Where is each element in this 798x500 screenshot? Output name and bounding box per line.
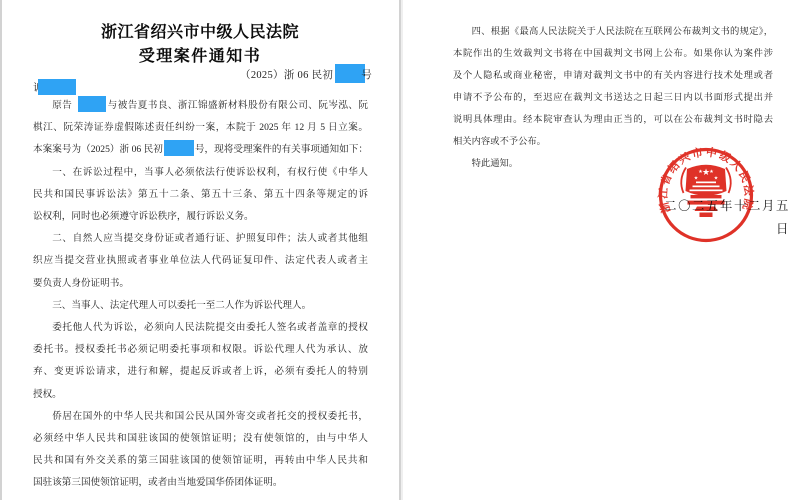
text-line: 国驻该第三国使领馆证明，或者由当地爱国华侨团体证明。 [33,472,368,494]
text-run: 本院作出的生效裁判文书将在中国裁判文书网上公布。如果你认为案件涉 [453,49,773,59]
redaction-box [78,96,106,112]
text-line: 棋江、阮荣涛证券虚假陈述责任纠纷一案，本院于 2025 年 12 月 5 日立案… [33,117,368,139]
text-run: 委托书。授权委托书必须记明委托事项和权限。诉讼代理人代为承认、放 [33,344,368,355]
text-line: 织应当提交营业执照或者事业单位法人代码证复印件、法定代表人或者主 [33,250,368,272]
wheat-ear-right [726,168,731,194]
text-line: 授权。 [33,384,368,406]
text-run: 委托他人代为诉讼，必须向人民法院提交由委托人签名或者盖章的授权 [52,322,368,333]
gate-base [691,195,722,198]
text-run: 织应当提交营业执照或者事业单位法人代码证复印件、法定代表人或者主 [33,255,368,266]
text-line: 弃、变更诉讼请求，进行和解，提起反诉或者上诉，必须有委托人的特别 [33,361,368,383]
text-line: 民共和国民事诉讼法》第五十二条、第五十三条、第五十四条等规定的诉 [33,184,368,206]
small-star-icon: ★ [694,176,699,182]
small-star-icon: ★ [709,169,714,175]
text-line: 民共和国有外交关系的第三国驻该国的使领馆证明，再转由中华人民共和 [33,450,368,472]
text-run: 特此通知。 [472,159,519,169]
text-run: 讼权利，同时也必须遵守诉讼秩序，履行诉讼义务。 [33,211,254,222]
text-run: 原告 [52,100,72,111]
case-number-suffix: 号 [361,70,372,81]
text-run: 三、当事人、法定代理人可以委托一至二人作为诉讼代理人。 [52,300,311,311]
text-line: 委托他人代为诉讼，必须向人民法院提交由委托人签名或者盖章的授权 [33,317,368,339]
gate-roof-line [693,186,720,188]
text-run: 侨居在国外的中华人民共和国公民从国外寄交或者托交的授权委托书， [52,411,368,422]
text-line: 本案案号为（2025）浙 06 民初号，现将受理案件的有关事项通知如下： [33,139,368,161]
text-run: 说明具体理由。经本院审查认为理由正当的，可以在公布裁判文书时隐去 [453,115,773,125]
text-line: 三、当事人、法定代理人可以委托一至二人作为诉讼代理人。 [33,295,368,317]
text-run: 一、在诉讼过程中，当事人必须依法行使诉讼权利，有权行使《中华人 [52,167,368,178]
text-run: 与被告夏书良、浙江锦盛新材料股份有限公司、阮岑泓、阮 [107,100,368,111]
gear-icon [695,207,718,212]
text-run: 民共和国民事诉讼法》第五十二条、第五十三条、第五十四条等规定的诉 [33,189,368,200]
text-run: 授权。 [33,389,62,400]
text-run: 申请不予公布的，至迟应在裁判文书送达之日起三日内以书面形式提出并 [453,93,773,103]
text-line: 讼权利，同时也必须遵守诉讼秩序，履行诉讼义务。 [33,206,368,228]
gate-roof-line [696,182,716,184]
gate-roof-line [690,190,723,192]
text-line: 二、自然人应当提交身份证或者通行证、护照复印件；法人或者其他组 [33,228,368,250]
text-run: 民共和国有外交关系的第三国驻该国的使领馆证明，再转由中华人民共和 [33,455,368,466]
text-line: 侨居在国外的中华人民共和国公民从国外寄交或者托交的授权委托书， [33,406,368,428]
text-line: 原告石与被告夏书良、浙江锦盛新材料股份有限公司、阮岑泓、阮 [33,95,368,117]
right-page: 四、根据《最高人民法院关于人民法院在互联网公布裁判文书的规定》，本院作出的生效裁… [400,0,798,500]
wheat-ear-left [681,168,686,194]
text-line: 四、根据《最高人民法院关于人民法院在互联网公布裁判文书的规定》， [453,21,773,43]
text-line: 及个人隐私或商业秘密，申请对裁判文书中的有关内容进行技术处理或者 [453,65,773,87]
text-run: 及个人隐私或商业秘密，申请对裁判文书中的有关内容进行技术处理或者 [453,71,773,81]
text-run: 棋江、阮荣涛证券虚假陈述责任纠纷一案，本院于 2025 年 12 月 5 日立案… [33,122,368,133]
case-number-prefix: （2025）浙 06 民初 [240,70,333,81]
text-line: 必须经中华人民共和国驻该国的使领馆证明；没有使领馆的，由与中华人 [33,428,368,450]
national-emblem-icon: ★ ★ ★ ★ ★ [681,165,730,217]
court-name-title: 浙江省绍兴市中级人民法院 [0,19,400,42]
small-star-icon: ★ [714,176,719,182]
court-seal: 浙江省绍兴市中级人民法院 ★ ★ ★ ★ ★ [656,145,756,245]
small-star-icon: ★ [698,169,703,175]
text-run: 四、根据《最高人民法院关于人民法院在互联网公布裁判文书的规定》， [472,27,773,37]
document-scan: 浙江省绍兴市中级人民法院 受理案件通知书 （2025）浙 06 民初号 诉 原告… [0,0,798,500]
text-line: 本院作出的生效裁判文书将在中国裁判文书网上公布。如果你认为案件涉 [453,43,773,65]
text-line: 委托书。授权委托书必须记明委托事项和权限。诉讼代理人代为承认、放 [33,339,368,361]
partially-redacted-char: 石 [72,98,77,110]
text-run: 二、自然人应当提交身份证或者通行证、护照复印件；法人或者其他组 [52,233,368,244]
margin-note-redaction [38,79,76,95]
text-line: 说明具体理由。经本院审查认为理由正当的，可以在公布裁判文书时隐去 [453,109,773,131]
text-run: 国驻该第三国使领馆证明，或者由当地爱国华侨团体证明。 [33,477,282,488]
text-run: 弃、变更诉讼请求，进行和解，提起反诉或者上诉，必须有委托人的特别 [33,366,368,377]
text-line: 要负责人身份证明书。 [33,273,368,295]
text-line: 申请不予公布的，至迟应在裁判文书送达之日起三日内以书面形式提出并 [453,87,773,109]
text-run: 必须经中华人民共和国驻该国的使领馆证明；没有使领馆的，由与中华人 [33,433,368,444]
text-run: 相关内容或不予公布。 [453,137,546,147]
margin-note: 诉 [33,79,76,96]
left-page-body-text: 原告石与被告夏书良、浙江锦盛新材料股份有限公司、阮岑泓、阮棋江、阮荣涛证券虚假陈… [33,95,368,495]
notice-title: 受理案件通知书 [0,43,400,66]
gear-hub [700,213,713,218]
redaction-box [164,140,194,156]
gate-base [688,201,725,205]
text-run: 本案案号为（2025）浙 06 民初 [33,144,163,155]
text-run: 要负责人身份证明书。 [33,278,129,289]
left-page: 浙江省绍兴市中级人民法院 受理案件通知书 （2025）浙 06 民初号 诉 原告… [0,0,400,500]
text-line: 一、在诉讼过程中，当事人必须依法行使诉讼权利，有权行使《中华人 [33,162,368,184]
text-run: 号，现将受理案件的有关事项通知如下： [195,144,368,155]
